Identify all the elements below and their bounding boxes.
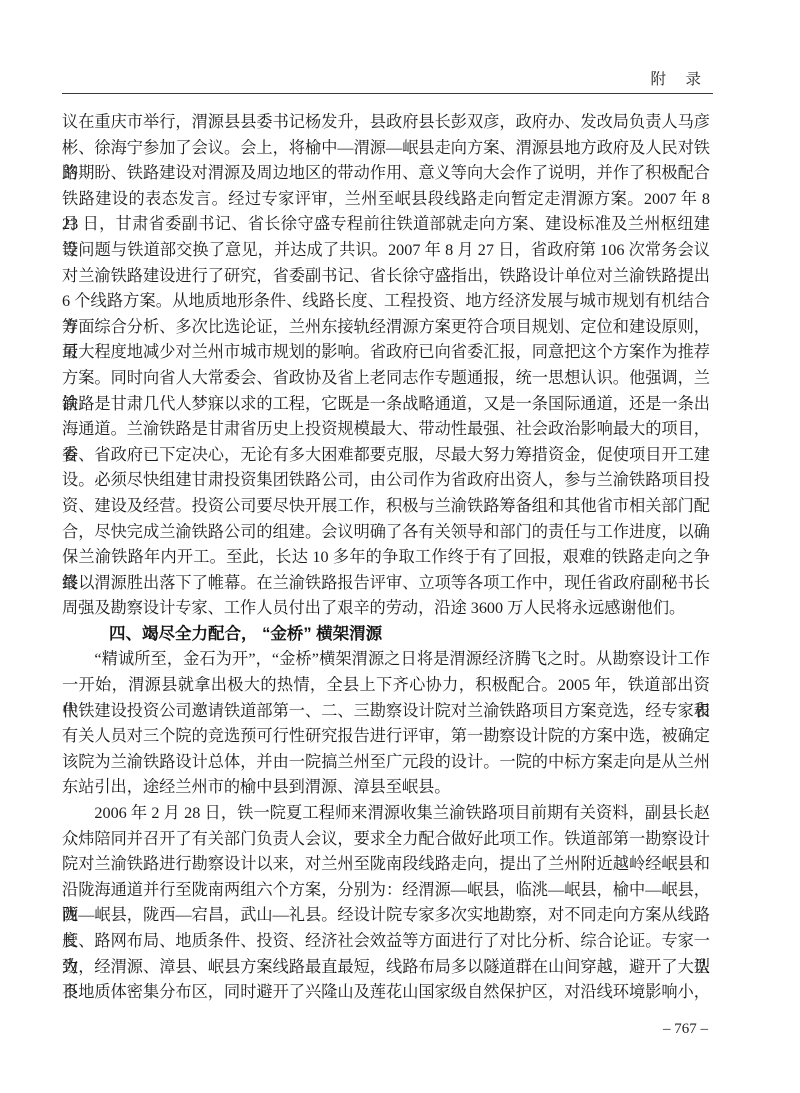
text-line: 铁路是甘肃几代人梦寐以求的工程，它既是一条战略通道，又是一条国际通道，还是一条出 (62, 392, 710, 418)
text-line: 设。必须尽快组建甘肃投资集团铁路公司，由公司作为省政府出资人，参与兰渝铁路项目投 (62, 468, 710, 494)
text-line: 良地质体密集分布区，同时避开了兴隆山及莲花山国家级自然保护区，对沿线环境影响小， (62, 980, 710, 1006)
text-line: 终以渭源胜出落下了帷幕。在兰渝铁路报告评审、立项等各项工作中，现任省政府副秘书长 (62, 571, 710, 597)
text-line: 铁路建设的表态发言。经过专家评审，兰州至岷县段线路走向暂定走渭源方案。2007 … (62, 187, 710, 213)
page-header: 附 录 (62, 70, 713, 94)
text-line: 最大程度地减少对兰州市城市规划的影响。省政府已向省委汇报，同意把这个方案作为推荐 (62, 340, 710, 366)
text-line: 一开始，渭源县就拿出极大的热情，全县上下齐心协力，积极配合。2005 年，铁道部… (62, 673, 710, 699)
text-line: 方面综合分析、多次比选论证，兰州东接轨经渭源方案更符合项目规划、定位和建设原则，… (62, 315, 710, 341)
text-line: 合，尽快完成兰渝铁路公司的组建。会议明确了各有关领导和部门的责任与工作进度，以确 (62, 520, 710, 546)
text-line: 院对兰渝铁路进行勘察设计以来，对兰州至陇南段线路走向，提出了兰州附近越岭经岷县和 (62, 852, 710, 878)
text-line: 方案。同时向省人大常委会、省政协及省上老同志作专题通报，统一思想认识。他强调，兰… (62, 366, 710, 392)
text-line: 6 个线路方案。从地质地形条件、线路长度、工程投资、地方经济发展与城市规划有机结… (62, 289, 710, 315)
section-heading: 四、竭尽全力配合， “金桥” 横架渭源 (62, 622, 710, 648)
text-line: 委、省政府已下定决心，无论有多大困难都要克服，尽最大努力筹措资金，促使项目开工建 (62, 443, 710, 469)
text-line: 对兰渝铁路建设进行了研究，省委副书记、省长徐守盛指出，铁路设计单位对兰渝铁路提出 (62, 264, 710, 290)
text-line: 保兰渝铁路年内开工。至此，长达 10 多年的争取工作终于有了回报，艰难的铁路走向… (62, 545, 710, 571)
header-rule (62, 93, 713, 94)
text-line: 中铁建设投资公司邀请铁道部第一、二、三勘察设计院对兰渝铁路项目方案竞选，经专家和 (62, 699, 710, 725)
text-line: 23 日，甘肃省委副书记、省长徐守盛专程前往铁道部就走向方案、建设标准及兰州枢纽… (62, 212, 710, 238)
text-line: “精诚所至，金石为开”，“金桥”横架渭源之日将是渭源经济腾飞之时。从勘察设计工作 (62, 647, 710, 673)
page-number: – 767 – (663, 1021, 708, 1037)
text-line: 2006 年 2 月 28 日，铁一院夏工程师来渭源收集兰渝铁路项目前期有关资料… (62, 801, 710, 827)
text-line: 海通道。兰渝铁路是甘肃省历史上投资规模最大、带动性最强、社会政治影响最大的项目，… (62, 417, 710, 443)
text-line: 周强及勘察设计专家、工作人员付出了艰辛的劳动，沿途 3600 万人民将永远感谢他… (62, 596, 710, 622)
text-line: 度、路网布局、地质条件、投资、经济社会效益等方面进行了对比分析、综合论证。专家一… (62, 929, 710, 955)
text-line: 彬、徐海宁参加了会议。会上，将榆中—渭源—岷县走向方案、渭源县地方政府及人民对铁… (62, 136, 710, 162)
text-line: 西—岷县，陇西—宕昌，武山—礼县。经设计院专家多次实地勘察，对不同走向方案从线路… (62, 903, 710, 929)
running-head: 附 录 (62, 70, 713, 89)
text-line: 等问题与铁道部交换了意见，并达成了共识。2007 年 8 月 27 日，省政府第… (62, 238, 710, 264)
text-line: 的期盼、铁路建设对渭源及周边地区的带动作用、意义等向大会作了说明，并作了积极配合 (62, 161, 710, 187)
text-line: 该院为兰渝铁路设计总体，并由一院搞兰州至广元段的设计。一院的中标方案走向是从兰州 (62, 750, 710, 776)
text-line: 为，经渭源、漳县、岷县方案线路最直最短，线路布局多以隧道群在山间穿越，避开了大型… (62, 955, 710, 981)
document-page: 附 录 议在重庆市举行，渭源县县委书记杨发升，县政府县长彭双彦，政府办、发改局负… (0, 0, 800, 1093)
text-line: 沿陇海通道并行至陇南两组六个方案，分别为：经渭源—岷县，临洮—岷县，榆中—岷县，… (62, 878, 710, 904)
text-line: 有关人员对三个院的竞选预可行性研究报告进行评审，第一勘察设计院的方案中选，被确定 (62, 724, 710, 750)
body-text: 议在重庆市举行，渭源县县委书记杨发升，县政府县长彭双彦，政府办、发改局负责人马彦… (62, 110, 710, 1006)
page-footer: – 767 – (62, 1021, 710, 1038)
text-line: 资、建设及经营。投资公司要尽快开展工作，积极与兰渝铁路筹备组和其他省市相关部门配 (62, 494, 710, 520)
text-line: 东站引出，途经兰州市的榆中县到渭源、漳县至岷县。 (62, 775, 710, 801)
text-line: 众炜陪同并召开了有关部门负责人会议，要求全力配合做好此项工作。铁道部第一勘察设计 (62, 827, 710, 853)
text-line: 议在重庆市举行，渭源县县委书记杨发升，县政府县长彭双彦，政府办、发改局负责人马彦 (62, 110, 710, 136)
